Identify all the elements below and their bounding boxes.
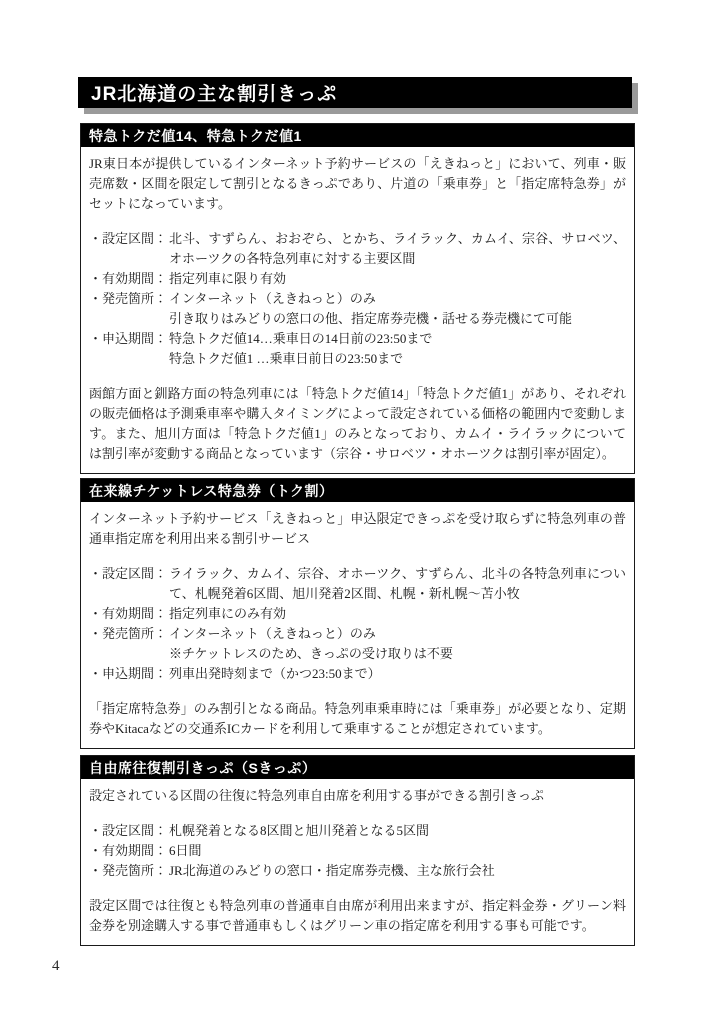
- bullet-item: ・有効期間： 6日間: [89, 841, 626, 861]
- page-title-bar: JR北海道の主な割引きっぷ: [78, 77, 632, 108]
- bullet-text: インターネット（えきねっと）のみ 引き取りはみどりの窓口の他、指定席券売機・話せ…: [169, 289, 626, 329]
- bullet-text: JR北海道のみどりの窓口・指定席券売機、主な旅行会社: [169, 861, 626, 881]
- bullet-label: ・有効期間：: [89, 841, 169, 861]
- bullet-label: ・有効期間：: [89, 604, 169, 624]
- bullet-list: ・設定区間： ライラック、カムイ、宗谷、オホーツク、すずらん、北斗の各特急列車に…: [89, 564, 626, 684]
- section-ticketless: 在来線チケットレス特急券（トク割） インターネット予約サービス「えきねっと」申込…: [80, 478, 635, 749]
- bullet-label: ・設定区間：: [89, 564, 169, 584]
- bullet-label: ・発売箇所：: [89, 289, 169, 309]
- bullet-label: ・設定区間：: [89, 229, 169, 249]
- section-body: インターネット予約サービス「えきねっと」申込限定できっぷを受け取らずに特急列車の…: [81, 502, 634, 748]
- section-heading: 自由席往復割引きっぷ（Sきっぷ）: [81, 758, 316, 778]
- bullet-item: ・設定区間： 札幌発着となる8区間と旭川発着となる5区間: [89, 821, 626, 841]
- bullet-text: 特急トクだ値14…乗車日の14日前の23:50まで 特急トクだ値1 …乗車日前日…: [169, 329, 626, 369]
- bullet-label: ・発売箇所：: [89, 861, 169, 881]
- bullet-label: ・申込期間：: [89, 664, 169, 684]
- section-intro: JR東日本が提供しているインターネット予約サービスの「えきねっと」において、列車…: [89, 154, 626, 214]
- bullet-text: インターネット（えきねっと）のみ ※チケットレスのため、きっぷの受け取りは不要: [169, 624, 626, 664]
- section-heading-bar: 在来線チケットレス特急券（トク割）: [81, 479, 634, 502]
- bullet-item: ・申込期間： 特急トクだ値14…乗車日の14日前の23:50まで 特急トクだ値1…: [89, 329, 626, 369]
- bullet-list: ・設定区間： 北斗、すずらん、おおぞら、とかち、ライラック、カムイ、宗谷、サロベ…: [89, 229, 626, 369]
- section-toku-dane: 特急トクだ値14、特急トクだ値1 JR東日本が提供しているインターネット予約サー…: [80, 123, 635, 474]
- bullet-item: ・設定区間： 北斗、すずらん、おおぞら、とかち、ライラック、カムイ、宗谷、サロベ…: [89, 229, 626, 269]
- section-body: 設定されている区間の往復に特急列車自由席を利用する事ができる割引きっぷ ・設定区…: [81, 779, 634, 945]
- bullet-text: ライラック、カムイ、宗谷、オホーツク、すずらん、北斗の各特急列車について、札幌発…: [169, 564, 626, 604]
- bullet-item: ・発売箇所： インターネット（えきねっと）のみ 引き取りはみどりの窓口の他、指定…: [89, 289, 626, 329]
- bullet-text: 指定列車に限り有効: [169, 269, 626, 289]
- section-closing: 設定区間では往復とも特急列車の普通車自由席が利用出来ますが、指定料金券・グリーン…: [89, 896, 626, 936]
- section-closing: 函館方面と釧路方面の特急列車には「特急トクだ値14」「特急トクだ値1」があり、そ…: [89, 384, 626, 464]
- bullet-item: ・発売箇所： JR北海道のみどりの窓口・指定席券売機、主な旅行会社: [89, 861, 626, 881]
- section-heading: 特急トクだ値14、特急トクだ値1: [81, 126, 302, 146]
- bullet-item: ・有効期間： 指定列車にのみ有効: [89, 604, 626, 624]
- section-body: JR東日本が提供しているインターネット予約サービスの「えきねっと」において、列車…: [81, 147, 634, 473]
- bullet-text: 北斗、すずらん、おおぞら、とかち、ライラック、カムイ、宗谷、サロベツ、オホーツク…: [169, 229, 626, 269]
- bullet-text: 6日間: [169, 841, 626, 861]
- document-page: { "page_title": "JR北海道の主な割引きっぷ", "page_n…: [0, 0, 717, 1012]
- bullet-text: 指定列車にのみ有効: [169, 604, 626, 624]
- section-closing: 「指定席特急券」のみ割引となる商品。特急列車乗車時には「乗車券」が必要となり、定…: [89, 699, 626, 739]
- bullet-text: 列車出発時刻まで（かつ23:50まで）: [169, 664, 626, 684]
- section-heading-bar: 特急トクだ値14、特急トクだ値1: [81, 124, 634, 147]
- page-title: JR北海道の主な割引きっぷ: [78, 79, 337, 106]
- bullet-label: ・設定区間：: [89, 821, 169, 841]
- section-heading: 在来線チケットレス特急券（トク割）: [81, 481, 334, 501]
- bullet-list: ・設定区間： 札幌発着となる8区間と旭川発着となる5区間 ・有効期間： 6日間 …: [89, 821, 626, 881]
- page-number: 4: [52, 958, 60, 975]
- bullet-label: ・申込期間：: [89, 329, 169, 349]
- bullet-item: ・設定区間： ライラック、カムイ、宗谷、オホーツク、すずらん、北斗の各特急列車に…: [89, 564, 626, 604]
- section-intro: 設定されている区間の往復に特急列車自由席を利用する事ができる割引きっぷ: [89, 786, 626, 806]
- section-heading-bar: 自由席往復割引きっぷ（Sきっぷ）: [81, 756, 634, 779]
- bullet-item: ・有効期間： 指定列車に限り有効: [89, 269, 626, 289]
- section-s-kippu: 自由席往復割引きっぷ（Sきっぷ） 設定されている区間の往復に特急列車自由席を利用…: [80, 755, 635, 946]
- bullet-label: ・発売箇所：: [89, 624, 169, 644]
- bullet-item: ・申込期間： 列車出発時刻まで（かつ23:50まで）: [89, 664, 626, 684]
- section-intro: インターネット予約サービス「えきねっと」申込限定できっぷを受け取らずに特急列車の…: [89, 509, 626, 549]
- bullet-text: 札幌発着となる8区間と旭川発着となる5区間: [169, 821, 626, 841]
- bullet-label: ・有効期間：: [89, 269, 169, 289]
- bullet-item: ・発売箇所： インターネット（えきねっと）のみ ※チケットレスのため、きっぷの受…: [89, 624, 626, 664]
